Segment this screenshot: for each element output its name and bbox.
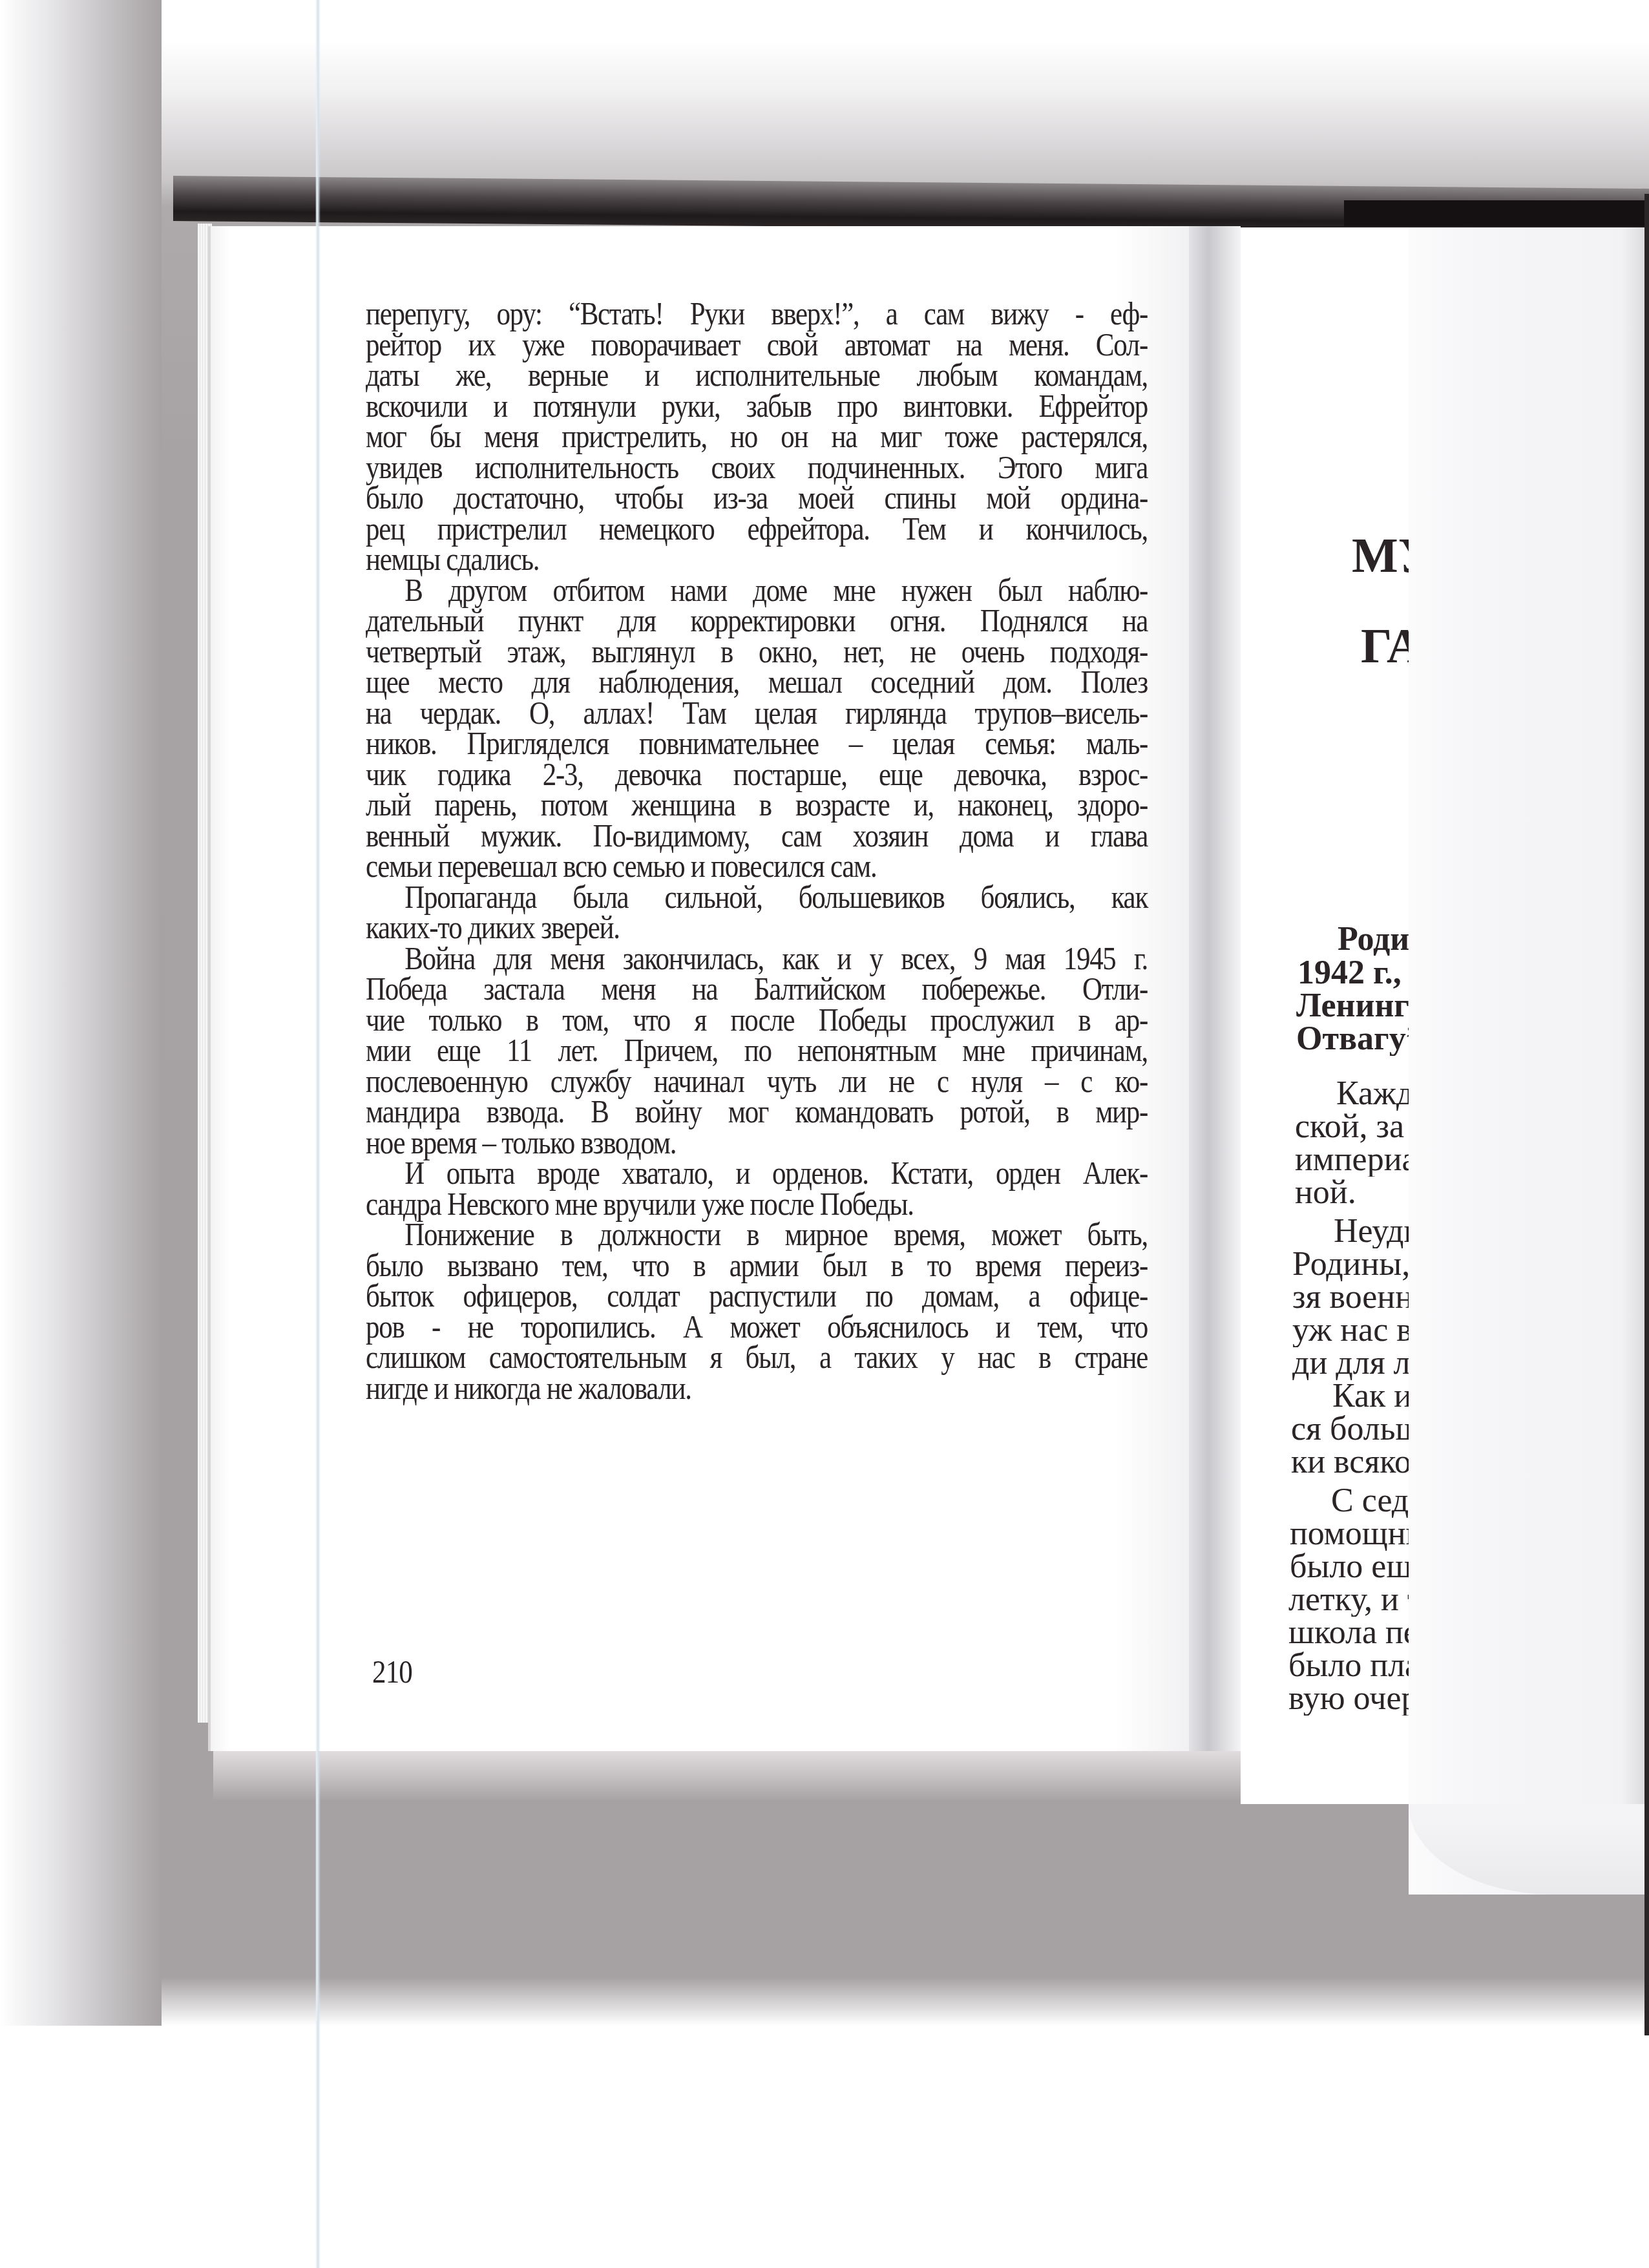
right-page-body-line: было пла <box>1288 1649 1409 1683</box>
text-line: щее место для наблюдения, мешал соседний… <box>366 667 1148 698</box>
right-page-body-line: школа пер <box>1288 1616 1409 1650</box>
right-page-lead-line: Ленингр <box>1296 989 1409 1023</box>
right-page-body-line: было ещё <box>1290 1550 1409 1584</box>
right-page-body-line: Как и <box>1332 1380 1409 1413</box>
text-line: ное время – только взводом. <box>366 1128 1148 1159</box>
right-page-lead-line: Отвагу” <box>1296 1022 1409 1056</box>
right-page-body-line: вую очере <box>1288 1682 1409 1716</box>
right-page-body-line: ся больш <box>1291 1412 1409 1446</box>
left-page-paragraphs: перепугу, ору: “Встать! Руки вверх!”, а … <box>366 299 1148 1403</box>
right-page-body-line: Неуди <box>1334 1215 1409 1248</box>
right-page-body-line: Кажд <box>1336 1077 1409 1111</box>
text-line: послевоенную службу начинал чуть ли не с… <box>366 1066 1148 1097</box>
scanner-glass-line <box>315 0 320 2268</box>
text-line: венный мужик. По-видимому, сам хозяин до… <box>366 821 1148 852</box>
paragraph: Война для меня закончилась, как и у всех… <box>366 943 1148 1159</box>
paragraph: В другом отбитом нами доме мне нужен был… <box>366 575 1148 882</box>
right-page-body-line: С седі <box>1331 1484 1409 1518</box>
book-gutter <box>1189 226 1241 1751</box>
text-line: слишком самостоятельным я был, а таких у… <box>366 1342 1148 1373</box>
right-page-body-line: ди для лю <box>1292 1347 1409 1380</box>
text-line: было вызвано тем, что в армии был в то в… <box>366 1250 1148 1281</box>
right-page-body-line: Родины, <box>1292 1248 1409 1281</box>
right-page-lead-line: Роди <box>1338 923 1409 956</box>
text-line: увидев исполнительность своих подчиненны… <box>366 452 1148 483</box>
book-top-edge-right <box>1344 200 1649 226</box>
scan-right-edge <box>1644 194 1649 2035</box>
text-line: рейтор их уже поворачивает свой автомат … <box>366 330 1148 361</box>
paragraph: Пропаганда была сильной, большевиков боя… <box>366 882 1148 943</box>
text-line: мии еще 11 лет. Причем, по непонятным мн… <box>366 1035 1148 1066</box>
right-page-title-line-2: ГА <box>1361 622 1409 671</box>
right-page-body-line: ной. <box>1295 1176 1409 1210</box>
right-page-body-line: империал <box>1295 1143 1409 1177</box>
paragraph: перепугу, ору: “Встать! Руки вверх!”, а … <box>366 299 1148 575</box>
text-line: семьи перевешал всю семью и повесился са… <box>366 851 1148 882</box>
right-page-body-line: ки всякой <box>1291 1445 1409 1479</box>
text-line: четвертый этаж, выглянул в окно, нет, не… <box>366 636 1148 667</box>
text-line: Пропаганда была сильной, большевиков боя… <box>366 882 1148 913</box>
text-line: чие только в том, что я после Победы про… <box>366 1005 1148 1036</box>
text-line: чик годика 2-3, девочка постарше, еще де… <box>366 759 1148 790</box>
text-line: В другом отбитом нами доме мне нужен был… <box>366 575 1148 606</box>
text-line: быток офицеров, солдат распустили по дом… <box>366 1281 1148 1312</box>
paragraph: Понижение в должности в мирное время, мо… <box>366 1219 1148 1403</box>
text-line: лый парень, потом женщина в возрасте и, … <box>366 790 1148 821</box>
text-line: Победа застала меня на Балтийском побере… <box>366 974 1148 1005</box>
text-line: даты же, верные и исполнительные любым к… <box>366 360 1148 391</box>
overlapping-page-cover <box>1409 227 1649 1895</box>
text-line: дательный пункт для корректировки огня. … <box>366 605 1148 636</box>
text-line: И опыта вроде хватало, и орденов. Кстати… <box>366 1158 1148 1189</box>
right-page-body-line: помощни <box>1290 1517 1409 1551</box>
text-line: Понижение в должности в мирное время, мо… <box>366 1219 1148 1250</box>
text-line: на чердак. О, аллах! Там целая гирлянда … <box>366 698 1148 729</box>
right-page-body-line: летку, и т <box>1288 1583 1409 1617</box>
right-page-body-line: ской, за <box>1295 1110 1409 1144</box>
text-line: Война для меня закончилась, как и у всех… <box>366 943 1148 974</box>
text-line: мог бы меня пристрелить, но он на миг то… <box>366 421 1148 452</box>
page-number: 210 <box>372 1653 412 1690</box>
text-line: ров - не торопились. А может объяснилось… <box>366 1312 1148 1343</box>
left-page-body: перепугу, ору: “Встать! Руки вверх!”, а … <box>366 299 1038 1403</box>
text-line: немцы сдались. <box>366 544 1148 575</box>
text-line: перепугу, ору: “Встать! Руки вверх!”, а … <box>366 299 1148 330</box>
scanner-left-margin <box>0 0 162 2026</box>
paragraph: И опыта вроде хватало, и орденов. Кстати… <box>366 1158 1148 1219</box>
text-line: каких-то диких зверей. <box>366 912 1148 943</box>
text-line: мандира взвода. В войну мог командовать … <box>366 1097 1148 1128</box>
text-line: рец пристрелил немецкого ефрейтора. Тем … <box>366 514 1148 545</box>
text-line: нигде и никогда не жаловали. <box>366 1373 1148 1404</box>
right-page-lead-line: 1942 г., <box>1297 956 1409 990</box>
right-page-body-line: зя военно <box>1292 1281 1409 1314</box>
right-page-title-line-1: МУ <box>1352 531 1409 580</box>
right-page-body-line: уж нас вс <box>1292 1314 1409 1347</box>
text-line: вскочили и потянули руки, забыв про винт… <box>366 391 1148 422</box>
text-line: сандра Невского мне вручили уже после По… <box>366 1189 1148 1220</box>
text-line: было достаточно, чтобы из-за моей спины … <box>366 483 1148 514</box>
text-line: ников. Пригляделся повнимательнее – цела… <box>366 728 1148 759</box>
